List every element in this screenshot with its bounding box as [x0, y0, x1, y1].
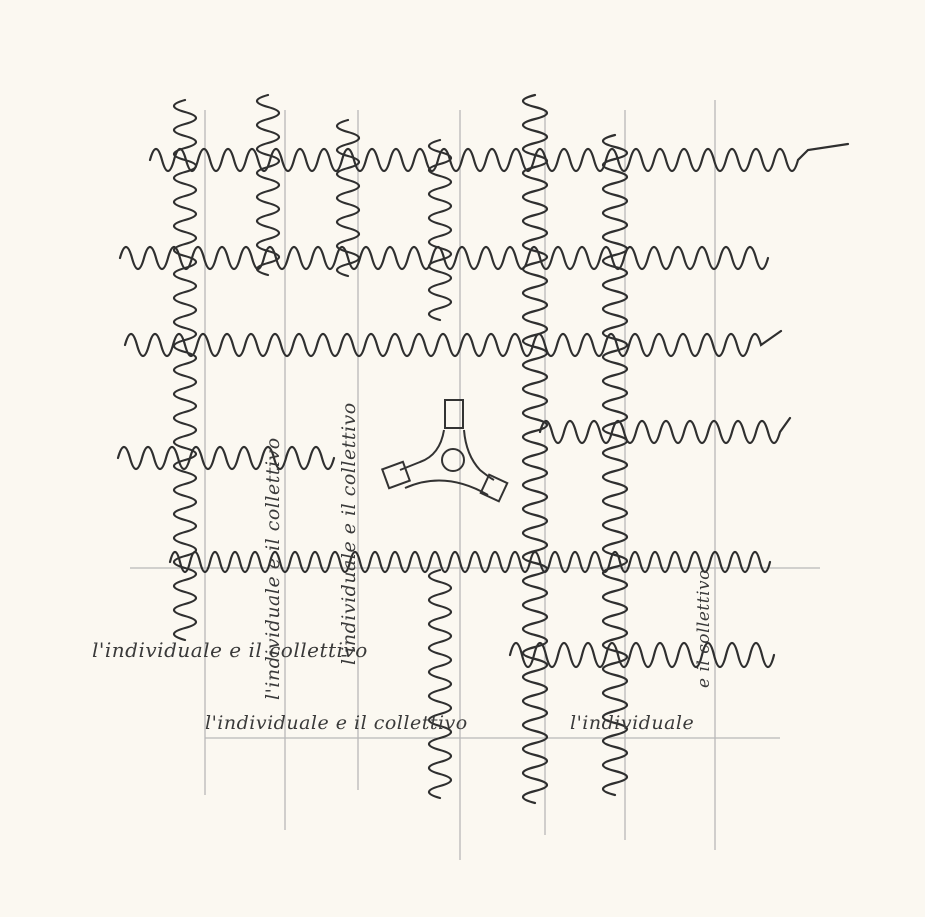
inscription-vertical-3: e il collettivo: [694, 569, 714, 688]
scribble-rows: [118, 144, 848, 667]
inscription-vertical-2: l'individuale e il collettivo: [338, 402, 360, 665]
grid-lines: [130, 100, 820, 860]
inscription-horizontal-1: l'individuale e il collettivo: [92, 638, 368, 662]
pencil-drawing: [0, 0, 925, 917]
three-armed-trefoil-icon: [382, 400, 507, 501]
inscription-horizontal-2: l'individuale e il collettivo: [205, 712, 468, 734]
inscription-horizontal-3: l'individuale: [570, 712, 694, 734]
inscription-vertical-1: l'individuale e il collettivo: [262, 437, 284, 700]
paper-sheet: l'individuale e il collettivo l'individu…: [0, 0, 925, 917]
